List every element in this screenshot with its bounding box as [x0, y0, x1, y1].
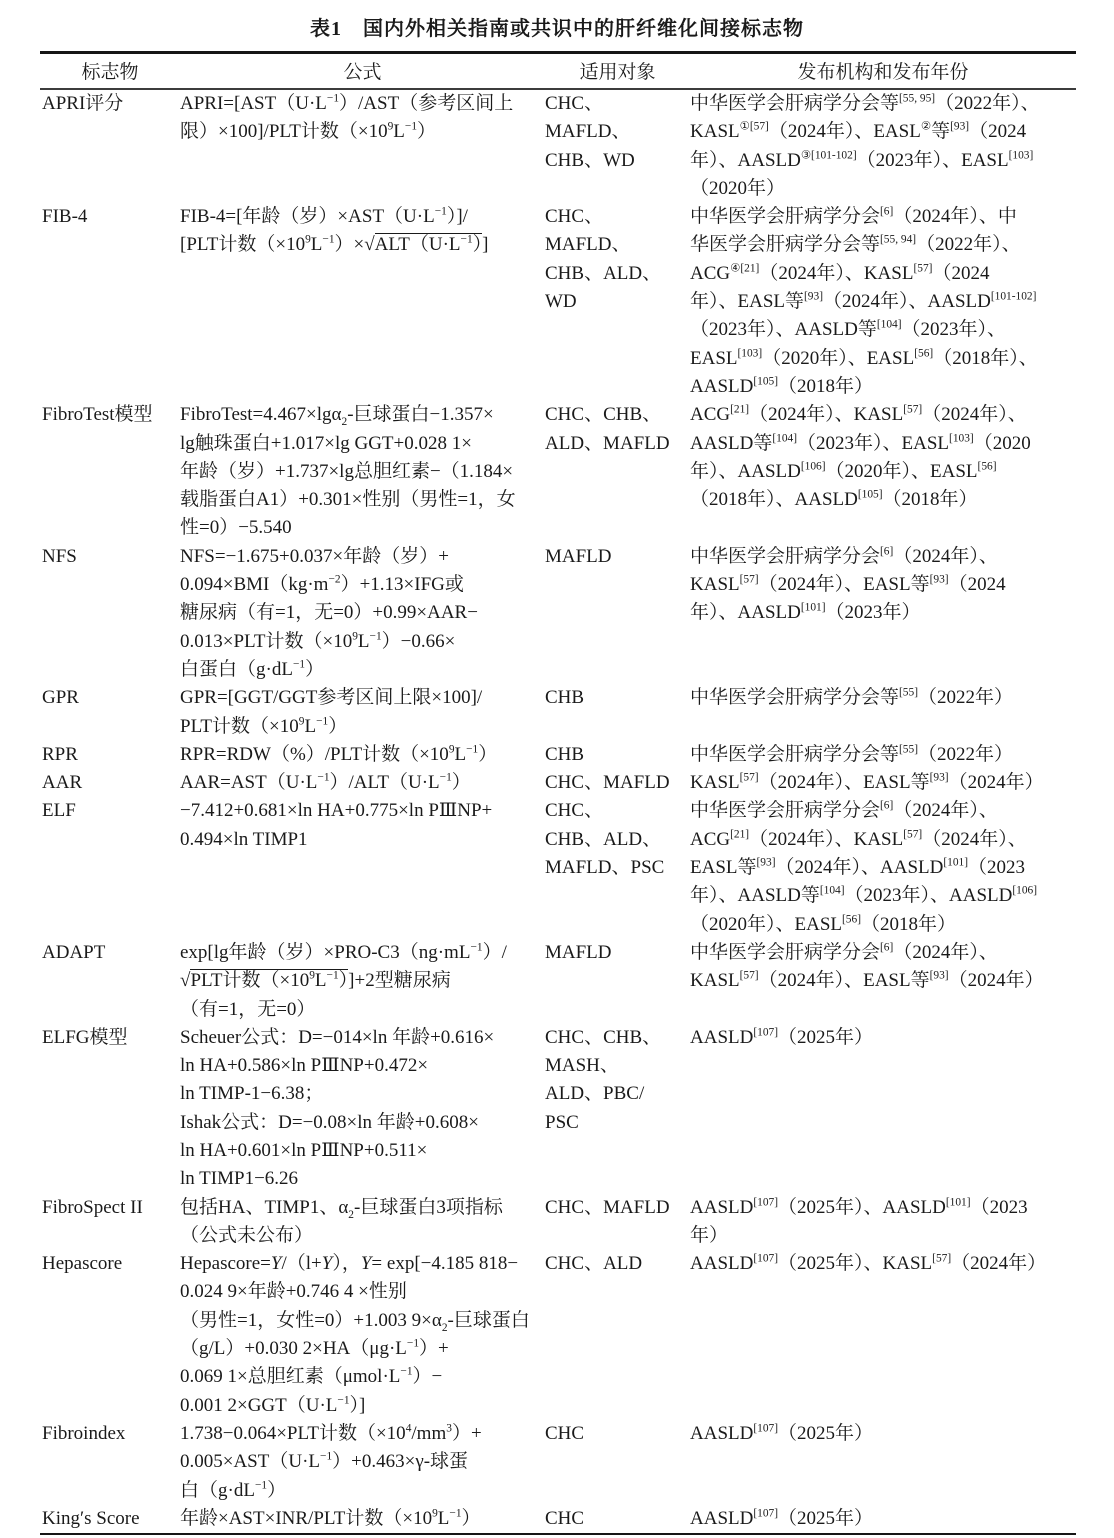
- cell-line: CHB、WD: [545, 147, 690, 175]
- formula-cell: FibroTest=4.467×lgα2-巨球蛋白−1.357×lg触珠蛋白+1…: [180, 401, 545, 542]
- cell-line: CHB: [545, 741, 690, 769]
- formula-cell: APRI=[AST（U·L−1）/AST（参考区间上限）×100]/PLT计数（…: [180, 89, 545, 203]
- formula-cell: FIB-4=[年龄（岁）×AST（U·L−1）]/[PLT计数（×109L−1）…: [180, 203, 545, 401]
- cell-line: 1.738−0.064×PLT计数（×104/mm3）+: [180, 1420, 545, 1448]
- cell-line: Hepascore: [40, 1250, 180, 1278]
- cell-line: FibroTest=4.467×lgα2-巨球蛋白−1.357×: [180, 401, 545, 429]
- cell-line: 年）、AASLD等[104]（2023年）、AASLD[106]: [690, 882, 1076, 910]
- cell-line: exp[lg年龄（岁）×PRO-C3（ng·mL−1）/: [180, 939, 545, 967]
- cell-line: （2020年）、EASL[56]（2018年）: [690, 911, 1076, 939]
- cell-line: 白（g·dL−1）: [180, 1477, 545, 1505]
- formula-cell: 1.738−0.064×PLT计数（×104/mm3）+0.005×AST（U·…: [180, 1420, 545, 1505]
- cell-line: KASL①[57]（2024年）、EASL②等[93]（2024: [690, 118, 1076, 146]
- cell-line: NFS=−1.675+0.037×年龄（岁）+: [180, 543, 545, 571]
- publisher-cell: 中华医学会肝病学分会[6]（2024年）、中华医学会肝病学分会等[55, 94]…: [690, 203, 1076, 401]
- formula-cell: −7.412+0.681×ln HA+0.775×ln PⅢNP+0.494×l…: [180, 797, 545, 938]
- cell-line: CHB、ALD、: [545, 260, 690, 288]
- table-row: ELF−7.412+0.681×ln HA+0.775×ln PⅢNP+0.49…: [40, 797, 1076, 938]
- subjects-cell: CHC、MAFLD、CHB、WD: [545, 89, 690, 203]
- marker-cell: ELF: [40, 797, 180, 938]
- publisher-cell: KASL[57]（2024年）、EASL等[93]（2024年）: [690, 769, 1076, 797]
- formula-cell: NFS=−1.675+0.037×年龄（岁）+0.094×BMI（kg·m−2）…: [180, 543, 545, 684]
- cell-line: CHC、: [545, 203, 690, 231]
- table-container: 标志物 公式 适用对象 发布机构和发布年份 APRI评分APRI=[AST（U·…: [40, 51, 1076, 1535]
- cell-line: 中华医学会肝病学分会[6]（2024年）、: [690, 797, 1076, 825]
- publisher-cell: AASLD[107]（2025年）: [690, 1420, 1076, 1505]
- cell-line: KASL[57]（2024年）、EASL等[93]（2024: [690, 571, 1076, 599]
- subjects-cell: CHB: [545, 741, 690, 769]
- cell-line: √PLT计数（×109L−1）]+2型糖尿病: [180, 967, 545, 995]
- table-row: GPRGPR=[GGT/GGT参考区间上限×100]/PLT计数（×109L−1…: [40, 684, 1076, 741]
- formula-cell: Hepascore=Y/（l+Y），Y= exp[−4.185 818−0.02…: [180, 1250, 545, 1420]
- cell-line: APRI=[AST（U·L−1）/AST（参考区间上: [180, 90, 545, 118]
- cell-line: 年）、EASL等[93]（2024年）、AASLD[101-102]: [690, 288, 1076, 316]
- cell-line: Scheuer公式：D=−014×ln 年龄+0.616×: [180, 1024, 545, 1052]
- marker-cell: APRI评分: [40, 89, 180, 203]
- header-subjects: 适用对象: [545, 53, 690, 90]
- cell-line: CHB、ALD、: [545, 826, 690, 854]
- cell-line: EASL[103]（2020年）、EASL[56]（2018年）、: [690, 345, 1076, 373]
- cell-line: （2020年）: [690, 175, 1076, 203]
- cell-line: 中华医学会肝病学分会[6]（2024年）、中: [690, 203, 1076, 231]
- table-row: Fibroindex1.738−0.064×PLT计数（×104/mm3）+0.…: [40, 1420, 1076, 1505]
- header-marker: 标志物: [40, 53, 180, 90]
- cell-line: 中华医学会肝病学分会[6]（2024年）、: [690, 543, 1076, 571]
- cell-line: （2018年）、AASLD[105]（2018年）: [690, 486, 1076, 514]
- publisher-cell: ACG[21]（2024年）、KASL[57]（2024年）、AASLD等[10…: [690, 401, 1076, 542]
- subjects-cell: CHB: [545, 684, 690, 741]
- cell-line: 糖尿病（有=1，无=0）+0.99×AAR−: [180, 599, 545, 627]
- cell-line: （男性=1，女性=0）+1.003 9×α2-巨球蛋白: [180, 1307, 545, 1335]
- cell-line: 年）: [690, 1222, 1076, 1250]
- cell-line: 年）、AASLD[101]（2023年）: [690, 599, 1076, 627]
- cell-line: FibroSpect II: [40, 1194, 180, 1222]
- cell-line: 0.094×BMI（kg·m−2）+1.13×IFG或: [180, 571, 545, 599]
- publisher-cell: 中华医学会肝病学分会[6]（2024年）、KASL[57]（2024年）、EAS…: [690, 939, 1076, 1024]
- cell-line: ALD、PBC/: [545, 1080, 690, 1108]
- marker-cell: ELFG模型: [40, 1024, 180, 1194]
- formula-cell: 年龄×AST×INR/PLT计数（×109L−1）: [180, 1505, 545, 1534]
- cell-line: ACG[21]（2024年）、KASL[57]（2024年）、: [690, 401, 1076, 429]
- cell-line: 中华医学会肝病学分会等[55]（2022年）: [690, 741, 1076, 769]
- subjects-cell: CHC、MAFLD、CHB、ALD、WD: [545, 203, 690, 401]
- cell-line: PLT计数（×109L−1）: [180, 713, 545, 741]
- cell-line: 0.001 2×GGT（U·L−1）]: [180, 1392, 545, 1420]
- marker-cell: Fibroindex: [40, 1420, 180, 1505]
- publisher-cell: 中华医学会肝病学分会等[55, 95]（2022年）、KASL①[57]（202…: [690, 89, 1076, 203]
- cell-line: AAR: [40, 769, 180, 797]
- table-row: FibroTest模型FibroTest=4.467×lgα2-巨球蛋白−1.3…: [40, 401, 1076, 542]
- cell-line: lg触珠蛋白+1.017×lg GGT+0.028 1×: [180, 430, 545, 458]
- cell-line: −7.412+0.681×ln HA+0.775×ln PⅢNP+: [180, 797, 545, 825]
- cell-line: [PLT计数（×109L−1）×√ALT（U·L−1）]: [180, 231, 545, 259]
- subjects-cell: CHC、MAFLD: [545, 1194, 690, 1251]
- marker-cell: FIB-4: [40, 203, 180, 401]
- table-title: 表1 国内外相关指南或共识中的肝纤维化间接标志物: [0, 0, 1114, 41]
- cell-line: AAR=AST（U·L−1）/ALT（U·L−1）: [180, 769, 545, 797]
- cell-line: FIB-4: [40, 203, 180, 231]
- cell-line: CHC、ALD: [545, 1250, 690, 1278]
- cell-line: GPR=[GGT/GGT参考区间上限×100]/: [180, 684, 545, 712]
- cell-line: CHC: [545, 1420, 690, 1448]
- table-row: HepascoreHepascore=Y/（l+Y），Y= exp[−4.185…: [40, 1250, 1076, 1420]
- table-row: NFSNFS=−1.675+0.037×年龄（岁）+0.094×BMI（kg·m…: [40, 543, 1076, 684]
- cell-line: 包括HA、TIMP1、α2-巨球蛋白3项指标: [180, 1194, 545, 1222]
- table-row: AARAAR=AST（U·L−1）/ALT（U·L−1）CHC、MAFLDKAS…: [40, 769, 1076, 797]
- table-body: APRI评分APRI=[AST（U·L−1）/AST（参考区间上限）×100]/…: [40, 89, 1076, 1534]
- cell-line: CHC、MAFLD: [545, 1194, 690, 1222]
- cell-line: 性=0）−5.540: [180, 514, 545, 542]
- cell-line: Hepascore=Y/（l+Y），Y= exp[−4.185 818−: [180, 1250, 545, 1278]
- cell-line: King′s Score: [40, 1505, 180, 1533]
- table-row: APRI评分APRI=[AST（U·L−1）/AST（参考区间上限）×100]/…: [40, 89, 1076, 203]
- publisher-cell: AASLD[107]（2025年）、KASL[57]（2024年）: [690, 1250, 1076, 1420]
- cell-line: WD: [545, 288, 690, 316]
- cell-line: （2023年）、AASLD等[104]（2023年）、: [690, 316, 1076, 344]
- fibrosis-markers-table: 标志物 公式 适用对象 发布机构和发布年份 APRI评分APRI=[AST（U·…: [40, 51, 1076, 1535]
- formula-cell: 包括HA、TIMP1、α2-巨球蛋白3项指标（公式未公布）: [180, 1194, 545, 1251]
- cell-line: NFS: [40, 543, 180, 571]
- cell-line: CHC、: [545, 90, 690, 118]
- cell-line: Fibroindex: [40, 1420, 180, 1448]
- marker-cell: AAR: [40, 769, 180, 797]
- subjects-cell: CHC、CHB、MASH、ALD、PBC/PSC: [545, 1024, 690, 1194]
- cell-line: RPR=RDW（%）/PLT计数（×109L−1）: [180, 741, 545, 769]
- cell-line: 年龄×AST×INR/PLT计数（×109L−1）: [180, 1505, 545, 1533]
- cell-line: ALD、MAFLD: [545, 430, 690, 458]
- header-formula: 公式: [180, 53, 545, 90]
- subjects-cell: CHC、CHB、ALD、MAFLD、PSC: [545, 797, 690, 938]
- publisher-cell: 中华医学会肝病学分会[6]（2024年）、KASL[57]（2024年）、EAS…: [690, 543, 1076, 684]
- cell-line: ln TIMP1−6.26: [180, 1165, 545, 1193]
- cell-line: AASLD[107]（2025年）: [690, 1024, 1076, 1052]
- cell-line: ADAPT: [40, 939, 180, 967]
- cell-line: EASL等[93]（2024年）、AASLD[101]（2023: [690, 854, 1076, 882]
- cell-line: 0.005×AST（U·L−1）+0.463×γ-球蛋: [180, 1448, 545, 1476]
- publisher-cell: 中华医学会肝病学分会等[55]（2022年）: [690, 741, 1076, 769]
- cell-line: （有=1，无=0）: [180, 996, 545, 1024]
- cell-line: ln HA+0.586×ln PⅢNP+0.472×: [180, 1052, 545, 1080]
- table-row: FibroSpect II包括HA、TIMP1、α2-巨球蛋白3项指标（公式未公…: [40, 1194, 1076, 1251]
- cell-line: MAFLD、: [545, 118, 690, 146]
- cell-line: 年龄（岁）+1.737×lg总胆红素−（1.184×: [180, 458, 545, 486]
- table-row: ELFG模型Scheuer公式：D=−014×ln 年龄+0.616×ln HA…: [40, 1024, 1076, 1194]
- cell-line: （g/L）+0.030 2×HA（μg·L−1）+: [180, 1335, 545, 1363]
- formula-cell: exp[lg年龄（岁）×PRO-C3（ng·mL−1）/√PLT计数（×109L…: [180, 939, 545, 1024]
- cell-line: 0.069 1×总胆红素（μmol·L−1）−: [180, 1363, 545, 1391]
- marker-cell: FibroTest模型: [40, 401, 180, 542]
- cell-line: 中华医学会肝病学分会[6]（2024年）、: [690, 939, 1076, 967]
- marker-cell: NFS: [40, 543, 180, 684]
- table-row: King′s Score年龄×AST×INR/PLT计数（×109L−1）CHC…: [40, 1505, 1076, 1534]
- cell-line: ACG④[21]（2024年）、KASL[57]（2024: [690, 260, 1076, 288]
- cell-line: RPR: [40, 741, 180, 769]
- cell-line: 限）×100]/PLT计数（×109L−1）: [180, 118, 545, 146]
- publisher-cell: AASLD[107]（2025年）: [690, 1505, 1076, 1534]
- cell-line: AASLD[105]（2018年）: [690, 373, 1076, 401]
- cell-line: PSC: [545, 1109, 690, 1137]
- subjects-cell: MAFLD: [545, 543, 690, 684]
- cell-line: FibroTest模型: [40, 401, 180, 429]
- marker-cell: RPR: [40, 741, 180, 769]
- cell-line: KASL[57]（2024年）、EASL等[93]（2024年）: [690, 967, 1076, 995]
- table-row: ADAPTexp[lg年龄（岁）×PRO-C3（ng·mL−1）/√PLT计数（…: [40, 939, 1076, 1024]
- cell-line: ELF: [40, 797, 180, 825]
- cell-line: 0.494×ln TIMP1: [180, 826, 545, 854]
- cell-line: APRI评分: [40, 90, 180, 118]
- cell-line: 年）、AASLD[106]（2020年）、EASL[56]: [690, 458, 1076, 486]
- marker-cell: King′s Score: [40, 1505, 180, 1534]
- cell-line: AASLD等[104]（2023年）、EASL[103]（2020: [690, 430, 1076, 458]
- cell-line: CHC、CHB、: [545, 1024, 690, 1052]
- cell-line: ACG[21]（2024年）、KASL[57]（2024年）、: [690, 826, 1076, 854]
- cell-line: MAFLD、: [545, 231, 690, 259]
- cell-line: MAFLD: [545, 939, 690, 967]
- cell-line: CHC: [545, 1505, 690, 1533]
- cell-line: 0.013×PLT计数（×109L−1）−0.66×: [180, 628, 545, 656]
- cell-line: MASH、: [545, 1052, 690, 1080]
- cell-line: ELFG模型: [40, 1024, 180, 1052]
- cell-line: FIB-4=[年龄（岁）×AST（U·L−1）]/: [180, 203, 545, 231]
- cell-line: CHC、MAFLD: [545, 769, 690, 797]
- cell-line: AASLD[107]（2025年）: [690, 1420, 1076, 1448]
- header-publisher: 发布机构和发布年份: [690, 53, 1076, 90]
- marker-cell: ADAPT: [40, 939, 180, 1024]
- cell-line: 白蛋白（g·dL−1）: [180, 656, 545, 684]
- formula-cell: RPR=RDW（%）/PLT计数（×109L−1）: [180, 741, 545, 769]
- cell-line: AASLD[107]（2025年）: [690, 1505, 1076, 1533]
- publisher-cell: 中华医学会肝病学分会[6]（2024年）、ACG[21]（2024年）、KASL…: [690, 797, 1076, 938]
- cell-line: 0.024 9×年龄+0.746 4 ×性别: [180, 1278, 545, 1306]
- cell-line: MAFLD、PSC: [545, 854, 690, 882]
- subjects-cell: CHC: [545, 1420, 690, 1505]
- marker-cell: Hepascore: [40, 1250, 180, 1420]
- subjects-cell: CHC、ALD: [545, 1250, 690, 1420]
- cell-line: CHC、CHB、: [545, 401, 690, 429]
- cell-line: Ishak公式：D=−0.08×ln 年龄+0.608×: [180, 1109, 545, 1137]
- cell-line: CHC、: [545, 797, 690, 825]
- table-row: RPRRPR=RDW（%）/PLT计数（×109L−1）CHB中华医学会肝病学分…: [40, 741, 1076, 769]
- subjects-cell: MAFLD: [545, 939, 690, 1024]
- cell-line: AASLD[107]（2025年）、AASLD[101]（2023: [690, 1194, 1076, 1222]
- publisher-cell: AASLD[107]（2025年）、AASLD[101]（2023年）: [690, 1194, 1076, 1251]
- document-page: 表1 国内外相关指南或共识中的肝纤维化间接标志物 标志物 公式 适用对象 发布机…: [0, 0, 1114, 1538]
- cell-line: ln TIMP-1−6.38；: [180, 1080, 545, 1108]
- cell-line: 年）、AASLD③[101-102]（2023年）、EASL[103]: [690, 147, 1076, 175]
- cell-line: CHB: [545, 684, 690, 712]
- subjects-cell: CHC: [545, 1505, 690, 1534]
- cell-line: ln HA+0.601×ln PⅢNP+0.511×: [180, 1137, 545, 1165]
- marker-cell: GPR: [40, 684, 180, 741]
- cell-line: 华医学会肝病学分会等[55, 94]（2022年）、: [690, 231, 1076, 259]
- formula-cell: GPR=[GGT/GGT参考区间上限×100]/PLT计数（×109L−1）: [180, 684, 545, 741]
- cell-line: 中华医学会肝病学分会等[55]（2022年）: [690, 684, 1076, 712]
- formula-cell: AAR=AST（U·L−1）/ALT（U·L−1）: [180, 769, 545, 797]
- table-row: FIB-4FIB-4=[年龄（岁）×AST（U·L−1）]/[PLT计数（×10…: [40, 203, 1076, 401]
- formula-cell: Scheuer公式：D=−014×ln 年龄+0.616×ln HA+0.586…: [180, 1024, 545, 1194]
- cell-line: （公式未公布）: [180, 1222, 545, 1250]
- marker-cell: FibroSpect II: [40, 1194, 180, 1251]
- cell-line: GPR: [40, 684, 180, 712]
- cell-line: 中华医学会肝病学分会等[55, 95]（2022年）、: [690, 90, 1076, 118]
- publisher-cell: 中华医学会肝病学分会等[55]（2022年）: [690, 684, 1076, 741]
- publisher-cell: AASLD[107]（2025年）: [690, 1024, 1076, 1194]
- cell-line: KASL[57]（2024年）、EASL等[93]（2024年）: [690, 769, 1076, 797]
- subjects-cell: CHC、CHB、ALD、MAFLD: [545, 401, 690, 542]
- cell-line: MAFLD: [545, 543, 690, 571]
- cell-line: 载脂蛋白A1）+0.301×性别（男性=1，女: [180, 486, 545, 514]
- subjects-cell: CHC、MAFLD: [545, 769, 690, 797]
- cell-line: AASLD[107]（2025年）、KASL[57]（2024年）: [690, 1250, 1076, 1278]
- header-row: 标志物 公式 适用对象 发布机构和发布年份: [40, 53, 1076, 90]
